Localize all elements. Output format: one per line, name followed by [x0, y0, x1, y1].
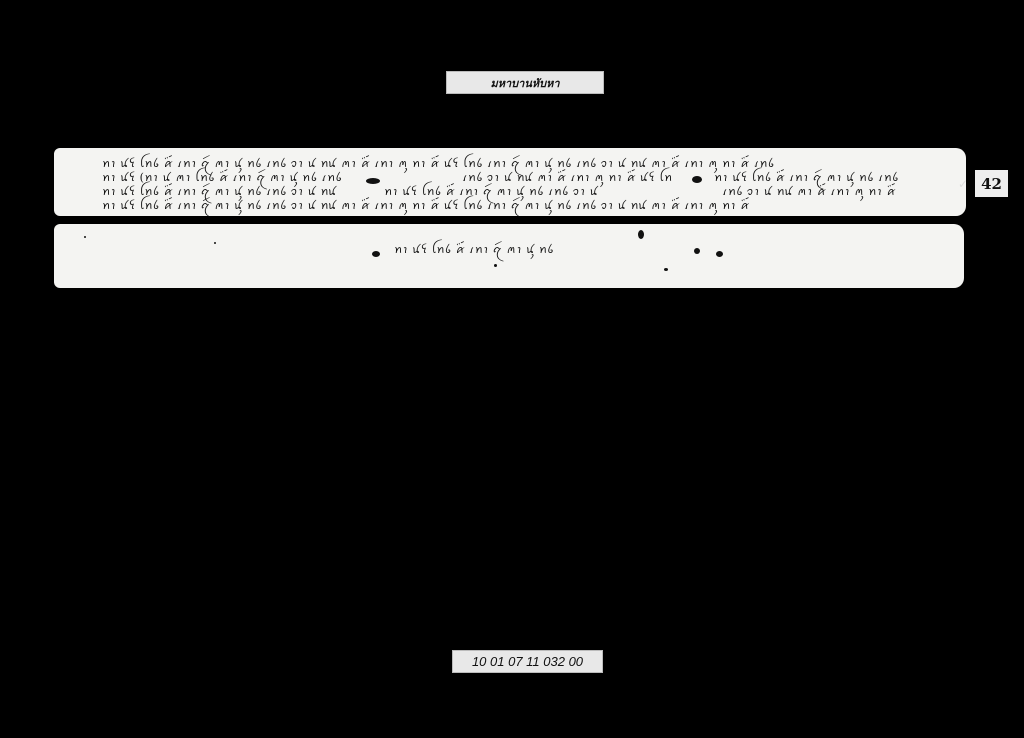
ink-spot	[664, 268, 668, 271]
palm-leaf-page-back: ꪀꪱ ꪙꪺ ꪶꪀꪉ ꪁꪾ ꪹꪀꪱ ꪋꪷ ꪔꪱ ꪙꪴ ꪀꪉ	[54, 224, 964, 288]
manuscript-title-label: มหาบานหับหา	[446, 71, 604, 94]
ink-spot	[716, 251, 723, 257]
palm-leaf-page-front: ꪀꪱ ꪙꪺ ꪶꪀꪉ ꪁꪾ ꪹꪀꪱ ꪋꪷ ꪔꪱ ꪙꪴ ꪀꪉ ꪹꪀꪉ ꪫꪱ ꪙ ꪀꪙ…	[54, 148, 966, 216]
script-line-back: ꪀꪱ ꪙꪺ ꪶꪀꪉ ꪁꪾ ꪹꪀꪱ ꪋꪷ ꪔꪱ ꪙꪴ ꪀꪉ	[394, 238, 624, 262]
ink-spot	[372, 251, 380, 257]
ink-spot	[494, 264, 497, 267]
ink-spot	[214, 242, 216, 244]
page-number-label: 42	[975, 170, 1008, 197]
catalog-id-label: 10 01 07 11 032 00	[452, 650, 603, 673]
string-hole-right	[692, 176, 702, 183]
ink-spot	[694, 248, 700, 254]
ink-spot	[84, 236, 86, 238]
check-mark-icon: ✓	[958, 177, 968, 191]
script-line-4: ꪀꪱ ꪙꪺ ꪶꪀꪉ ꪁꪾ ꪹꪀꪱ ꪋꪷ ꪔꪱ ꪙꪴ ꪀꪉ ꪹꪀꪉ ꪫꪱ ꪙ ꪀꪙ…	[102, 194, 962, 216]
ink-spot	[638, 230, 644, 239]
string-hole-left	[366, 178, 380, 184]
